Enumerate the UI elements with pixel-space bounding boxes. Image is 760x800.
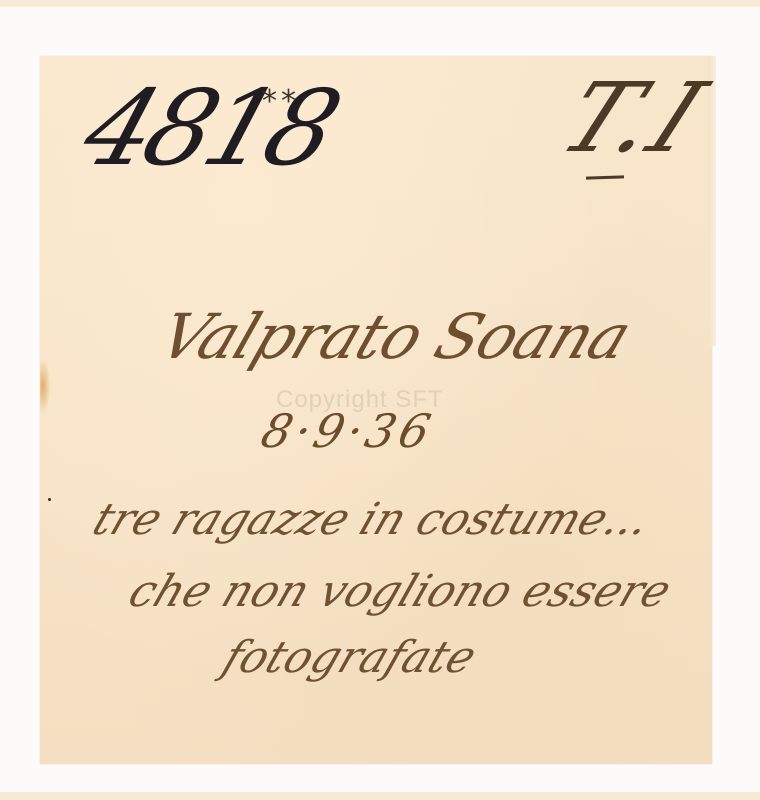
catalog-number: 4818 [72, 76, 346, 180]
scan-canvas: 4818 ** T.I Valprato Soana Copyright SFT… [0, 0, 760, 800]
mount-bottom-edge [0, 792, 760, 800]
paper-stain [40, 360, 50, 412]
caption-line-2: che non vogliono essere [122, 566, 678, 617]
catalog-star-marks: ** [262, 84, 300, 119]
place-name: Valprato Soana [150, 300, 640, 373]
mount-top-edge [0, 0, 760, 7]
card-fold-edge [708, 56, 716, 346]
caption-line-3: fotografate [216, 632, 483, 683]
caption-line-1: tre ragazze in costume... [86, 494, 657, 545]
ink-dot [48, 498, 51, 501]
date: 8·9·36 [256, 404, 440, 458]
